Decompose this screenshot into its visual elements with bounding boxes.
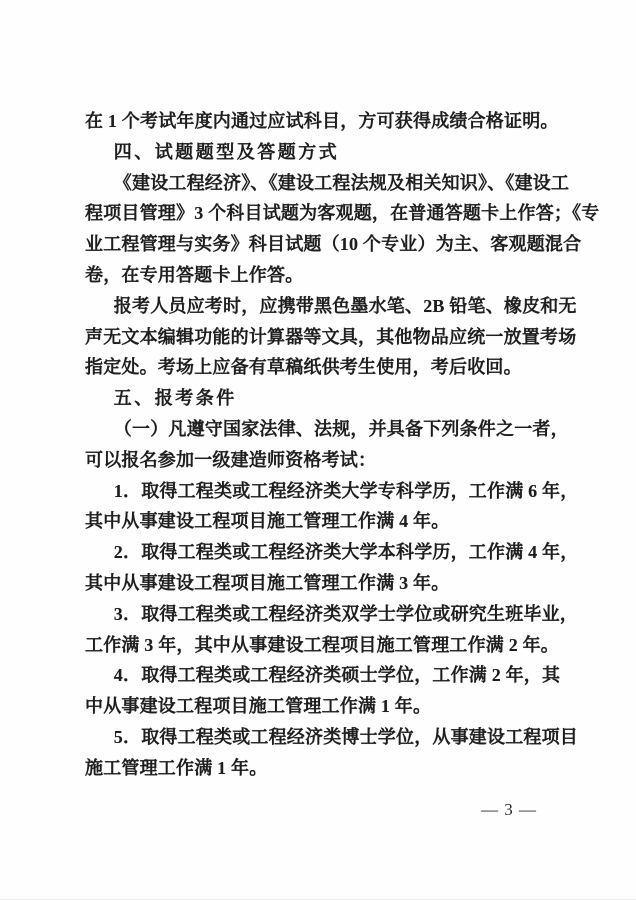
document-line: 《建设工程经济》、《建设工程法规及相关知识》、《建设工	[85, 168, 585, 199]
document-line: 可以报名参加一级建造师资格考试：	[85, 445, 585, 476]
section-heading: 五、报考条件	[85, 383, 585, 414]
scanned-document-page: 在 1 个考试年度内通过应试科目，方可获得成绩合格证明。 四、试题题型及答题方式…	[0, 0, 636, 900]
document-line: 程项目管理》3 个科目试题为客观题，在普通答题卡上作答；《专	[85, 198, 585, 229]
document-line: 卷，在专用答题卡上作答。	[85, 260, 585, 291]
document-line: （一）凡遵守国家法律、法规，并具备下列条件之一者，	[85, 414, 585, 445]
section-heading: 四、试题题型及答题方式	[85, 137, 585, 168]
document-line: 报考人员应考时，应携带黑色墨水笔、2B 铅笔、橡皮和无	[85, 291, 585, 322]
document-line: 在 1 个考试年度内通过应试科目，方可获得成绩合格证明。	[85, 106, 585, 137]
document-body: 在 1 个考试年度内通过应试科目，方可获得成绩合格证明。 四、试题题型及答题方式…	[85, 106, 585, 784]
document-line: 业工程管理与实务》科目试题（10 个专业）为主、客观题混合	[85, 229, 585, 260]
list-item-line: 3．取得工程类或工程经济类双学士学位或研究生班毕业，	[85, 599, 585, 630]
document-line: 中从事建设工程项目施工管理工作满 1 年。	[85, 691, 585, 722]
list-item-line: 4．取得工程类或工程经济类硕士学位，工作满 2 年，其	[85, 660, 585, 691]
list-item-line: 5．取得工程类或工程经济类博士学位，从事建设工程项目	[85, 722, 585, 753]
list-item-line: 2．取得工程类或工程经济类大学本科学历，工作满 4 年，	[85, 537, 585, 568]
document-line: 声无文本编辑功能的计算器等文具，其他物品应统一放置考场	[85, 322, 585, 353]
document-line: 工作满 3 年，其中从事建设工程项目施工管理工作满 2 年。	[85, 630, 585, 661]
document-line: 施工管理工作满 1 年。	[85, 753, 585, 784]
document-line: 指定处。考场上应备有草稿纸供考生使用，考后收回。	[85, 352, 585, 383]
document-line: 其中从事建设工程项目施工管理工作满 3 年。	[85, 568, 585, 599]
page-number: — 3 —	[481, 799, 537, 821]
list-item-line: 1．取得工程类或工程经济类大学专科学历，工作满 6 年，	[85, 476, 585, 507]
document-line: 其中从事建设工程项目施工管理工作满 4 年。	[85, 506, 585, 537]
